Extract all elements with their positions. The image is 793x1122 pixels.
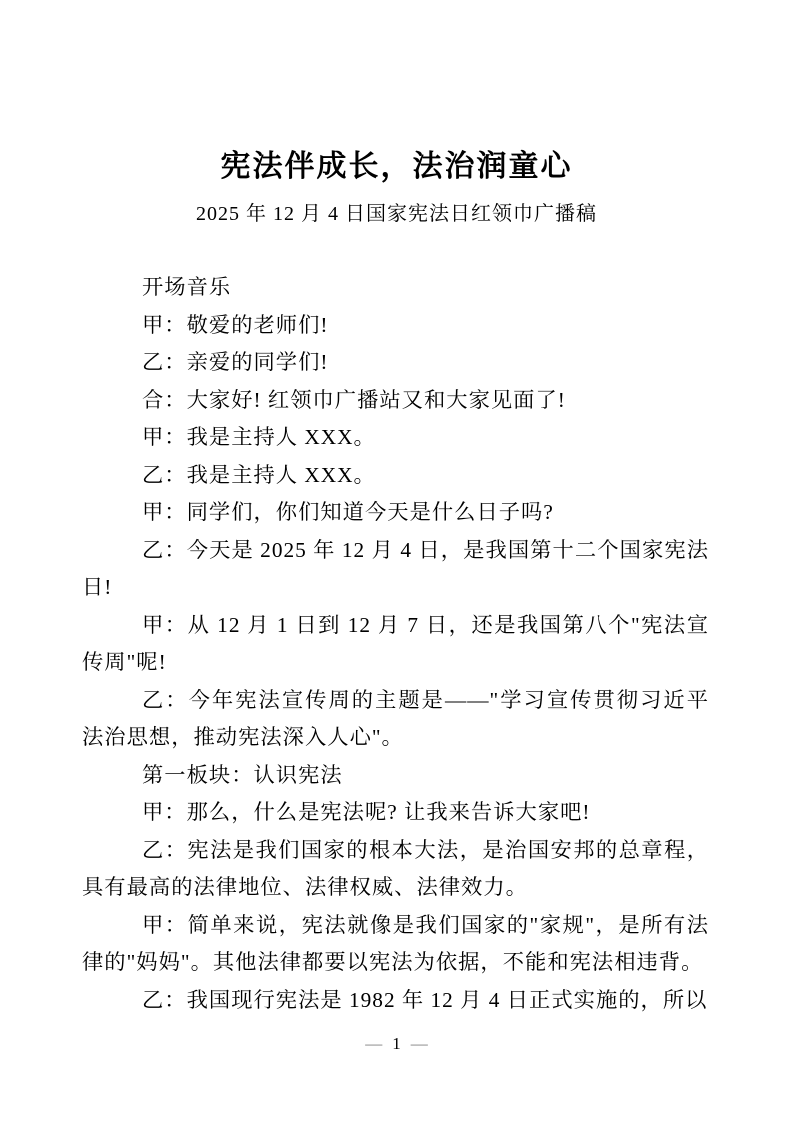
paragraph: 乙：我国现行宪法是 1982 年 12 月 4 日正式实施的，所以 [82,982,709,1020]
paragraph: 第一板块：认识宪法 [82,757,709,795]
document-page: 宪法伴成长，法治润童心 2025 年 12 月 4 日国家宪法日红领巾广播稿 开… [0,0,793,1122]
paragraph: 甲：同学们，你们知道今天是什么日子吗? [82,494,709,532]
paragraph: 甲：敬爱的老师们! [82,307,709,345]
document-title: 宪法伴成长，法治润童心 [0,0,793,187]
page-number: 1 [392,1034,401,1053]
paragraph: 乙：今年宪法宣传周的主题是——"学习宣传贯彻习近平法治思想，推动宪法深入人心"。 [82,682,709,757]
paragraph: 甲：简单来说，宪法就像是我们国家的"家规"，是所有法律的"妈妈"。其他法律都要以… [82,907,709,982]
footer-right-dash: — [411,1034,428,1053]
document-subtitle: 2025 年 12 月 4 日国家宪法日红领巾广播稿 [0,199,793,229]
paragraph: 开场音乐 [82,269,709,307]
page-footer: —1— [0,1034,793,1054]
document-body: 开场音乐 甲：敬爱的老师们! 乙：亲爱的同学们! 合：大家好! 红领巾广播站又和… [82,269,709,1019]
footer-left-dash: — [365,1034,382,1053]
paragraph: 甲：从 12 月 1 日到 12 月 7 日，还是我国第八个"宪法宣传周"呢! [82,607,709,682]
paragraph: 甲：我是主持人 XXX。 [82,419,709,457]
paragraph: 乙：今天是 2025 年 12 月 4 日，是我国第十二个国家宪法日! [82,532,709,607]
paragraph: 合：大家好! 红领巾广播站又和大家见面了! [82,382,709,420]
paragraph: 乙：我是主持人 XXX。 [82,457,709,495]
paragraph: 甲：那么，什么是宪法呢? 让我来告诉大家吧! [82,794,709,832]
paragraph: 乙：宪法是我们国家的根本大法，是治国安邦的总章程，具有最高的法律地位、法律权威、… [82,832,709,907]
paragraph: 乙：亲爱的同学们! [82,344,709,382]
